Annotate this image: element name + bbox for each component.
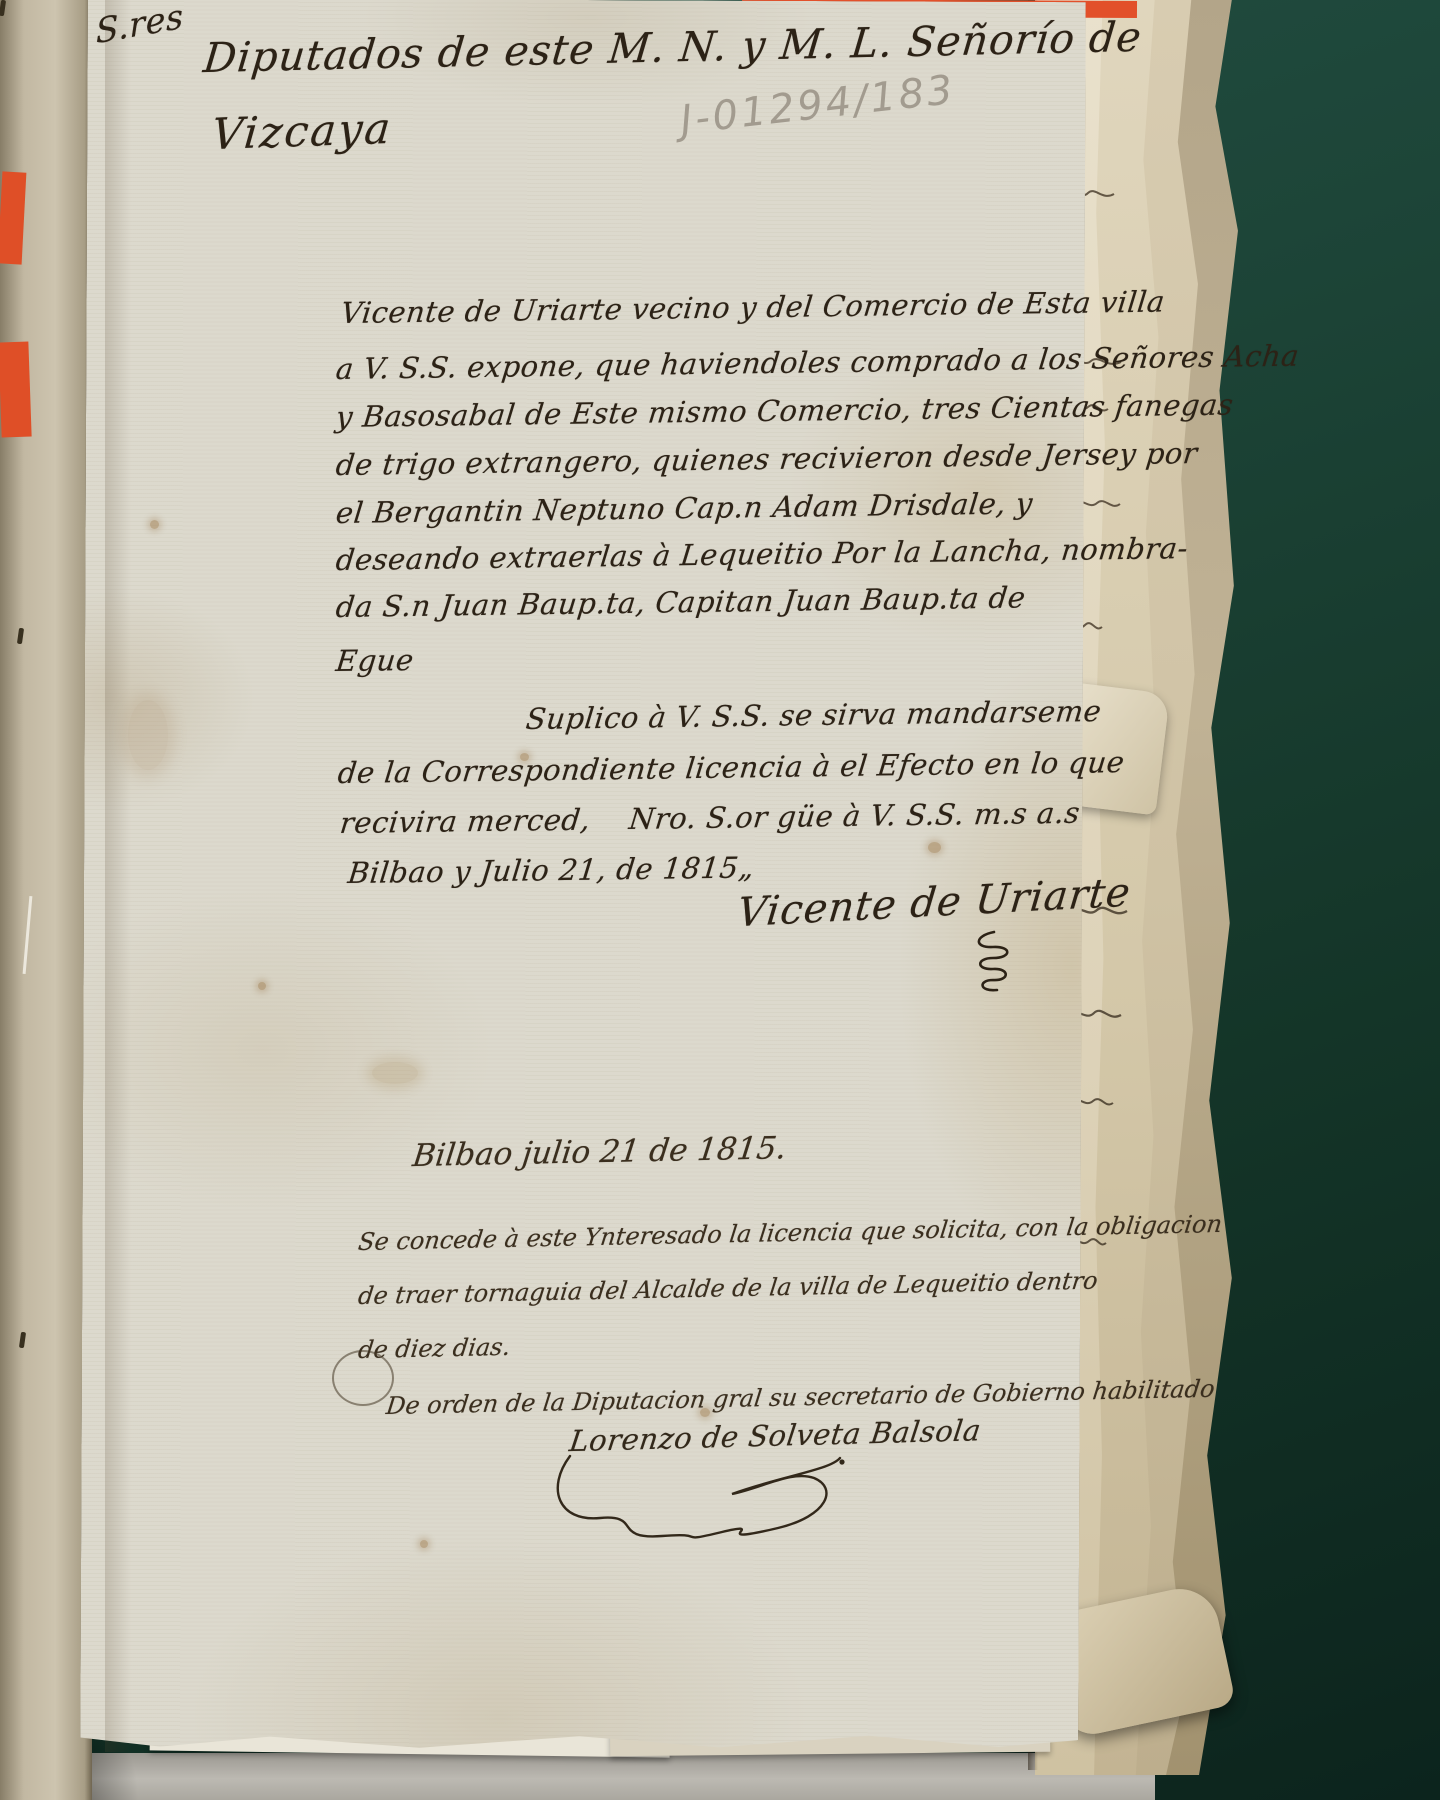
stain-spot bbox=[258, 982, 266, 990]
ink-circle-mark bbox=[332, 1350, 394, 1406]
stain-spot bbox=[928, 842, 941, 853]
secretary-signature-flourish bbox=[552, 1448, 852, 1548]
stain-spot bbox=[420, 1540, 428, 1548]
photo-of-manuscript: S.res Diputados de este M. N. y M. L. Se… bbox=[0, 0, 1440, 1800]
signature-rubric-coil bbox=[966, 926, 1018, 1002]
suplico-line: Bilbao y Julio 21, de 1815„ bbox=[346, 850, 756, 890]
binding-fold-shadow bbox=[105, 0, 131, 1752]
petition-line: Egue bbox=[334, 643, 415, 678]
stain-spot bbox=[150, 520, 159, 529]
orange-cover-patch bbox=[0, 342, 32, 438]
binding-left-edge bbox=[0, 0, 92, 1800]
table-surface bbox=[0, 1753, 1155, 1800]
stain-spot bbox=[372, 1062, 418, 1084]
header-line-2: Vizcaya bbox=[210, 104, 395, 160]
stain-spot bbox=[128, 700, 168, 770]
